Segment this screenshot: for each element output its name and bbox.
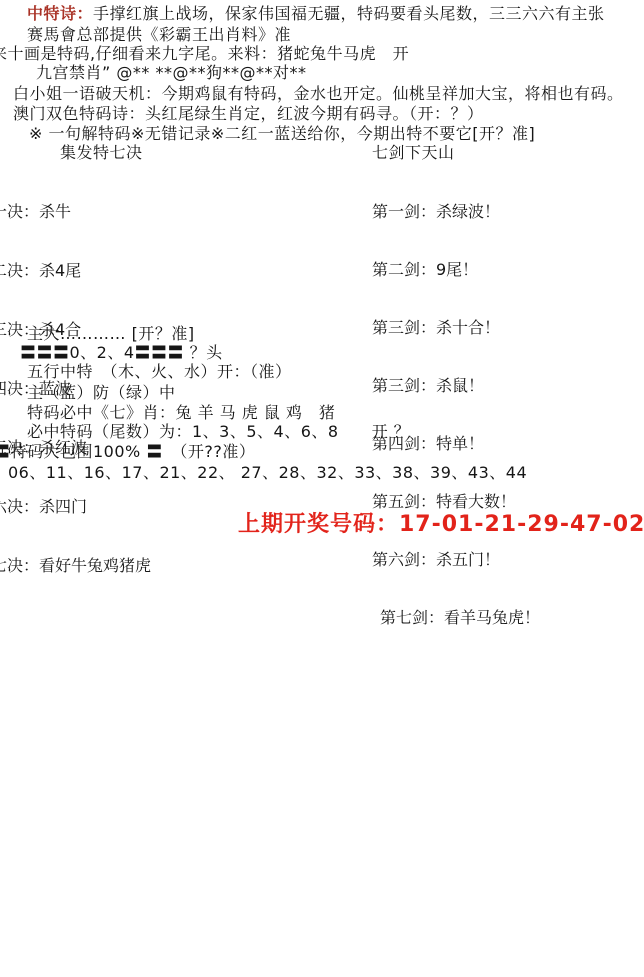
zhufang-line: 主（蓝）防（绿）中 xyxy=(27,383,176,402)
poem-label: 中特诗： xyxy=(27,4,93,23)
left-column-row: 二决：杀4尾 xyxy=(0,258,151,279)
numbers-line: 06、11、16、17、21、22、 27、28、32、33、38、39、43、… xyxy=(8,463,527,482)
left-column-row: 六决：杀四门 xyxy=(0,494,151,515)
baixiaojie-line: 白小姐一语破天机：今期鸡鼠有特码，金水也开定。仙桃呈祥加大宝，将相也有码。 xyxy=(13,84,624,103)
lottery-tip-sheet: 中特诗：手撑红旗上战场，保家伟国福无疆，特码要看头尾数，三三六六有主张 赛馬會总… xyxy=(0,0,644,977)
baowei-line: 〓特码大包围100% 〓 （开??准） xyxy=(0,442,255,461)
poem-line: 中特诗：手撑红旗上战场，保家伟国福无疆，特码要看头尾数，三三六六有主张 xyxy=(27,4,605,23)
yiju-line: ※ 一句解特码※无错记录※二红一蓝送给你，今期出特不要它[开？准] xyxy=(29,124,535,143)
ten-stroke-line: 来十画是特码,仔细看来九字尾。来料：猪蛇兔牛马虎 开 xyxy=(0,44,409,63)
last-draw-result: 上期开奖号码：17-01-21-29-47-02+26 xyxy=(238,512,644,538)
right-column-row: 第三剑：杀十合！ xyxy=(372,315,540,335)
right-column-row: 第七剑：看羊马兔虎！ xyxy=(380,605,540,625)
tail-numbers-line: 必中特码（尾数）为：1、3、5、4、6、8 开 ？ xyxy=(27,422,410,441)
right-column-row: 第五剑：特看大数！ xyxy=(372,489,540,509)
wuxing-line: 五行中特 （木、火、水）开：（准） xyxy=(27,362,292,381)
right-column-title: 七剑下天山 xyxy=(372,143,455,162)
right-column-rows: 第一剑：杀绿波！ 第二剑：9尾！ 第三剑：杀十合！ 第三剑：杀鼠！ 第四剑：特单… xyxy=(372,161,540,663)
right-column-row: 第六剑：杀五门！ xyxy=(372,547,540,567)
zodiac-line: 特码必中《七》肖：兔 羊 马 虎 鼠 鸡 猪 xyxy=(27,403,335,422)
right-column-row: 第三剑：杀鼠！ xyxy=(372,373,540,393)
bars-line: 〓〓〓0、2、4〓〓〓 ？头 xyxy=(20,343,223,362)
left-column-row: 七决：看好牛兔鸡猪虎 xyxy=(0,553,151,574)
right-column-row: 第二剑：9尾！ xyxy=(372,257,540,277)
jiugong-line: 九宫禁肖” @** **@**狗**@**对** xyxy=(36,63,306,82)
left-column-row: 一决：杀牛 xyxy=(0,199,151,220)
zhuda-line: 主大………… [开？准] xyxy=(27,324,195,343)
right-column-row: 第一剑：杀绿波！ xyxy=(372,199,540,219)
aomen-line: 澳门双色特码诗：头红尾绿生肖定，红波今期有码寻。（开：？） xyxy=(13,104,484,123)
poem-text: 手撑红旗上战场，保家伟国福无疆，特码要看头尾数，三三六六有主张 xyxy=(93,4,605,23)
left-column-title: 集发特七决 xyxy=(60,143,143,162)
provider-line: 赛馬會总部提供《彩霸王出肖料》准 xyxy=(27,25,291,44)
